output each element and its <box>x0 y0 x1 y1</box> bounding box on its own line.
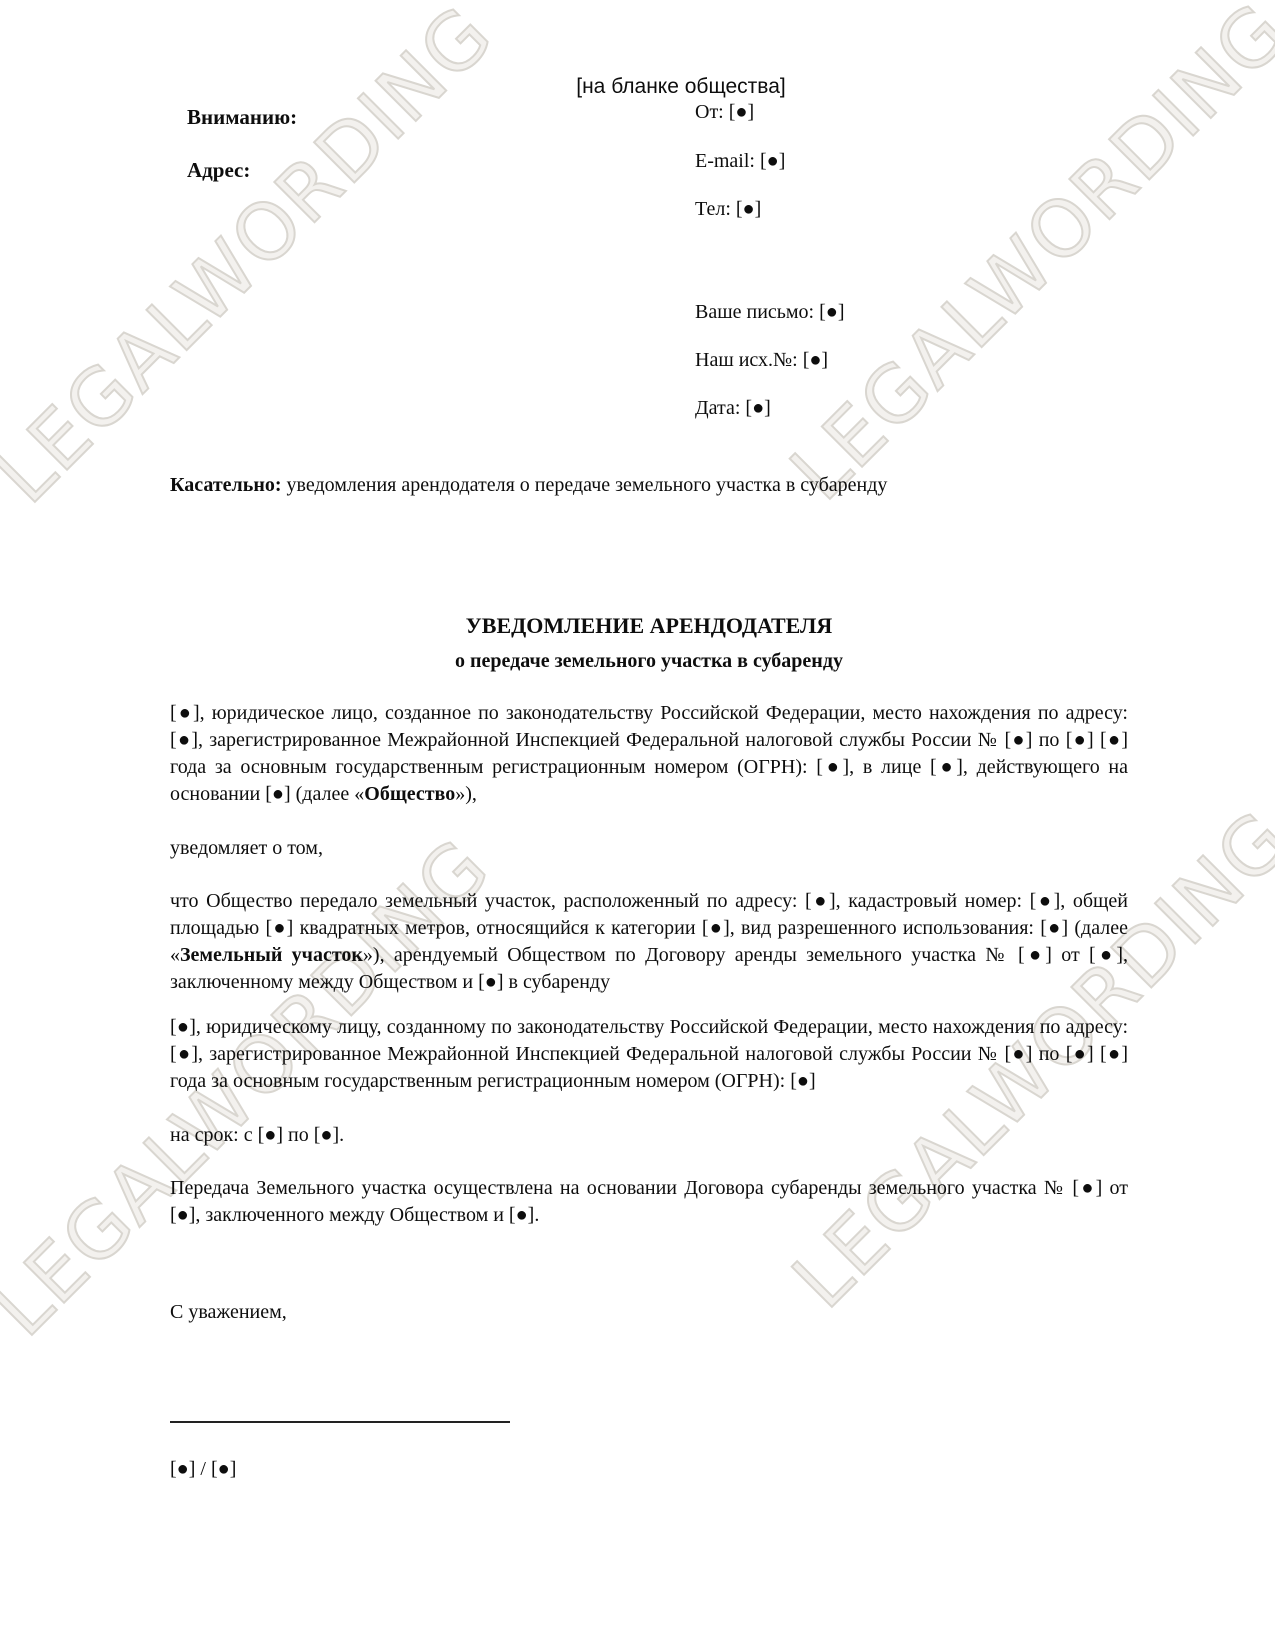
doc-title: УВЕДОМЛЕНИЕ АРЕНДОДАТЕЛЯ <box>170 611 1128 641</box>
email-label: E-mail: <box>695 150 755 172</box>
subject-text: уведомления арендодателя о передаче земе… <box>287 474 888 496</box>
phone-label: Тел: <box>695 198 731 220</box>
subject-label: Касательно: <box>170 474 282 496</box>
document-page: LEGALWORDING LEGALWORDING LEGALWORDING L… <box>0 0 1275 1651</box>
address-label: Адрес: <box>187 157 250 184</box>
your-letter-value: [●] <box>819 301 844 323</box>
date-label: Дата: <box>695 397 740 419</box>
our-ref-label: Наш исх.№: <box>695 349 798 371</box>
closing-salutation: С уважением, <box>170 1299 1128 1326</box>
paragraph-company-intro: [●], юридическое лицо, созданное по зако… <box>170 700 1128 808</box>
phone-field: Тел: [●] <box>695 196 761 223</box>
date-field: Дата: [●] <box>695 395 771 422</box>
date-value: [●] <box>745 397 770 419</box>
our-ref-field: Наш исх.№: [●] <box>695 347 828 374</box>
email-value: [●] <box>760 150 785 172</box>
subject-line: Касательно: уведомления арендодателя о п… <box>170 472 1128 499</box>
paragraph-subtenant: [●], юридическому лицу, созданному по за… <box>170 1014 1128 1095</box>
attention-label: Вниманию: <box>187 104 297 131</box>
phone-value: [●] <box>736 198 761 220</box>
paragraph-notifies: уведомляет о том, <box>170 835 1128 862</box>
your-letter-field: Ваше письмо: [●] <box>695 299 845 326</box>
paragraph-term: на срок: с [●] по [●]. <box>170 1122 1128 1149</box>
doc-subtitle: о передаче земельного участка в субаренд… <box>170 648 1128 675</box>
document-body: [на бланке общества] Вниманию: Адрес: От… <box>0 0 1275 1483</box>
email-field: E-mail: [●] <box>695 148 785 175</box>
paragraph-land-plot: что Общество передало земельный участок,… <box>170 888 1128 996</box>
letterhead-note: [на бланке общества] <box>202 73 1160 100</box>
signature-names: [●] / [●] <box>170 1456 1128 1483</box>
signature-line <box>170 1421 510 1423</box>
letter-header: Вниманию: Адрес: От: [●] E-mail: [●] Тел… <box>170 100 1128 422</box>
our-ref-value: [●] <box>803 349 828 371</box>
from-field: От: [●] <box>695 99 754 126</box>
from-label: От: <box>695 101 724 123</box>
from-value: [●] <box>729 101 754 123</box>
your-letter-label: Ваше письмо: <box>695 301 814 323</box>
paragraph-sublease-basis: Передача Земельного участка осуществлена… <box>170 1175 1128 1229</box>
